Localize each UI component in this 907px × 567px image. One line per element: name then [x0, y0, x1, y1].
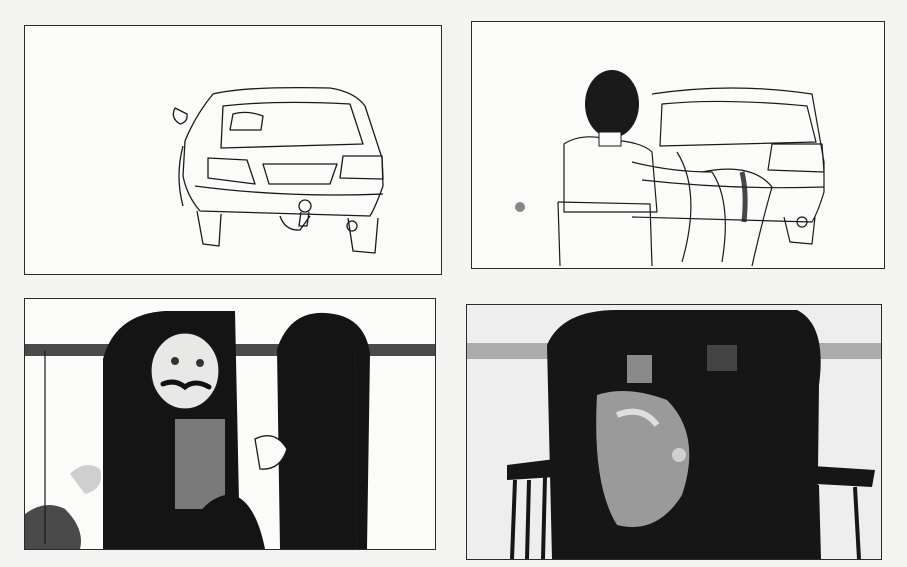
- storyboard-panel-3: Panel 3: [24, 298, 436, 550]
- storyboard-sheet: Panel 1 Panel 2: [0, 0, 907, 567]
- car-rear-sketch: [25, 26, 441, 274]
- storyboard-panel-4: Panel 4: [466, 304, 882, 560]
- man-and-car-sketch: [472, 22, 884, 268]
- interior-scene-sketch: [25, 299, 435, 549]
- head-hair: [585, 70, 639, 138]
- closeup-scene-sketch: [467, 305, 881, 559]
- storyboard-panel-1: Panel 1: [24, 25, 442, 275]
- storyboard-panel-2: Panel 2: [471, 21, 885, 269]
